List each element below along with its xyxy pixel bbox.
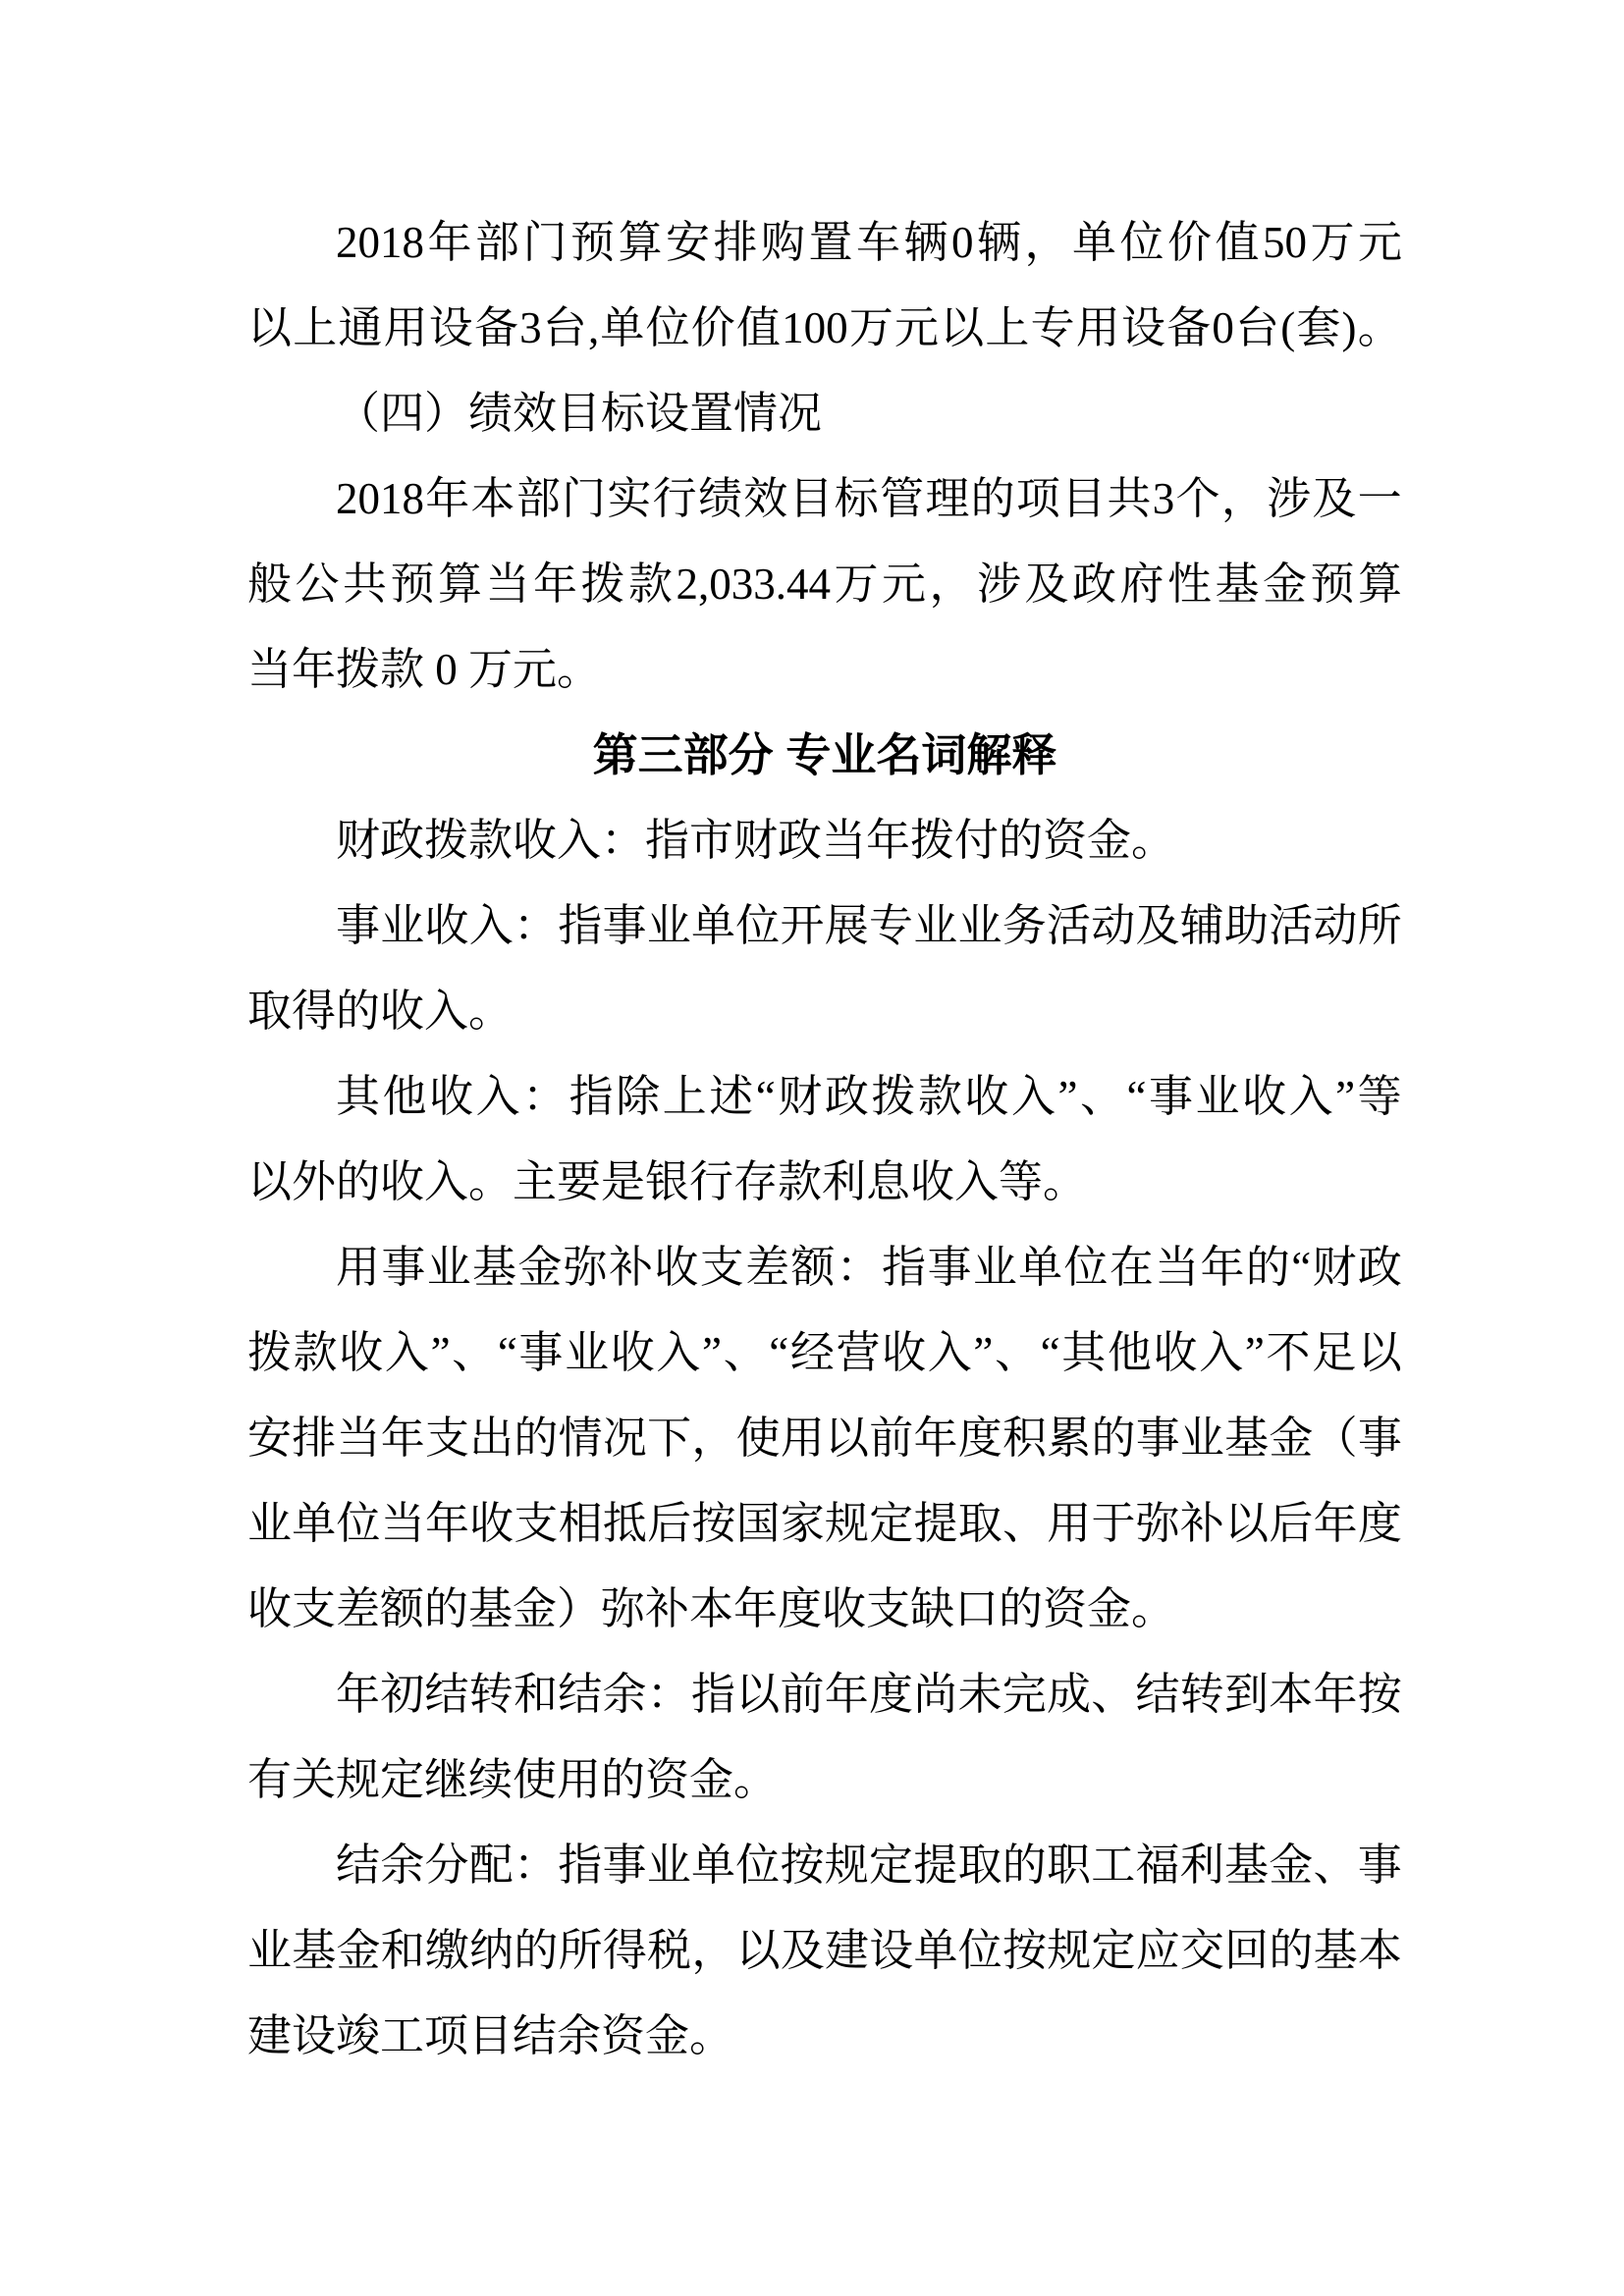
text-token: 他 xyxy=(383,1054,427,1140)
text-token: 动 xyxy=(1091,883,1135,969)
text-token: 算 xyxy=(618,200,662,286)
text-line: 2018年部门预算安排购置车辆0辆，单位价值50万元 xyxy=(247,200,1402,286)
text-token: 况 xyxy=(603,1396,647,1481)
text-token: 专 xyxy=(1031,286,1075,371)
text-token: 的 xyxy=(1002,1823,1047,1908)
text-token: 收 xyxy=(339,1310,383,1396)
text-token: 的 xyxy=(1091,1396,1135,1481)
text-token: 余 xyxy=(380,1823,424,1908)
text-token: “ xyxy=(756,1054,776,1140)
text-token: 当 xyxy=(336,1396,380,1481)
text-token: ( xyxy=(1280,286,1295,371)
text-token: 于 xyxy=(1091,1481,1135,1567)
text-token: 完 xyxy=(1002,1652,1047,1737)
text-token: 收 xyxy=(964,1054,1008,1140)
text-token: 用 xyxy=(781,1396,825,1481)
text-token: 、 xyxy=(995,1310,1039,1396)
text-token: 按 xyxy=(1358,1652,1402,1737)
text-token: 设 xyxy=(869,1908,913,1994)
text-token: 车 xyxy=(856,200,900,286)
text-token: ) xyxy=(1342,286,1357,371)
text-token: 下 xyxy=(647,1396,691,1481)
text-line: 业单位当年收支相抵后按国家规定提取、用于弥补以后年度 xyxy=(247,1481,1402,1567)
text-token: 纳 xyxy=(469,1908,514,1994)
text-token: 转 xyxy=(1180,1652,1224,1737)
text-token: 尚 xyxy=(913,1652,957,1737)
text-token: 活 xyxy=(1269,883,1313,969)
text-token: 当 xyxy=(1155,1225,1199,1310)
text-token: 转 xyxy=(469,1652,514,1737)
text-token: 业 xyxy=(247,1908,292,1994)
text-token: 算 xyxy=(1358,542,1402,627)
text-token: 定 xyxy=(869,1823,913,1908)
text-token: 位 xyxy=(958,1908,1002,1994)
text-token: 入 xyxy=(1289,1054,1333,1140)
text-token: 算 xyxy=(438,542,482,627)
text-token: 个 xyxy=(1176,456,1220,542)
text-token: 辆 xyxy=(977,200,1021,286)
text-token: 金 xyxy=(1263,542,1307,627)
text-token: 单 xyxy=(1018,1225,1062,1310)
text-token: 述 xyxy=(709,1054,753,1140)
section-heading: 第三部分 专业名词解释 xyxy=(247,713,1402,798)
text-token: ： xyxy=(837,1225,881,1310)
text-token: 款 xyxy=(918,1054,962,1140)
text-token: 成 xyxy=(1047,1652,1091,1737)
text-token: 、 xyxy=(1080,1054,1124,1140)
text-token: 税 xyxy=(647,1908,691,1994)
text-token: 前 xyxy=(869,1396,913,1481)
text-token: 配 xyxy=(469,1823,514,1908)
text-token: 事 xyxy=(603,883,647,969)
text-token: ， xyxy=(1221,456,1266,542)
text-token: 动 xyxy=(1314,883,1358,969)
text-token: 备 xyxy=(1166,286,1211,371)
text-token: 业 xyxy=(380,883,424,969)
text-token: 位 xyxy=(646,286,690,371)
text-token: 收 xyxy=(611,1310,655,1396)
text-token: 助 xyxy=(1224,883,1269,969)
text-token: ： xyxy=(514,1823,558,1908)
text-token: 目 xyxy=(1061,456,1106,542)
text-token: 结 xyxy=(558,1652,602,1737)
text-token: 支 xyxy=(425,1396,469,1481)
text-token: 缴 xyxy=(425,1908,469,1994)
document-page: 2018年部门预算安排购置车辆0辆，单位价值50万元以上通用设备3台,单位价值1… xyxy=(0,0,1624,2296)
text-token: 国 xyxy=(736,1481,781,1567)
text-token: 福 xyxy=(1136,1823,1180,1908)
text-token: 元 xyxy=(882,542,926,627)
text-token: 结 xyxy=(336,1823,380,1908)
text-token: 财 xyxy=(778,1054,822,1140)
text-token: 单 xyxy=(914,1908,958,1994)
text-token: 经 xyxy=(790,1310,835,1396)
text-token: 金 xyxy=(336,1908,380,1994)
text-token: 年 xyxy=(425,456,469,542)
text-token: 出 xyxy=(469,1396,514,1481)
text-line: 用事业基金弥补收支差额：指事业单位在当年的“财政 xyxy=(247,1225,1402,1310)
text-token: “ xyxy=(1291,1225,1311,1310)
text-token: 万 xyxy=(849,286,893,371)
text-token: 前 xyxy=(781,1652,825,1737)
text-token: 拨 xyxy=(871,1054,915,1140)
text-token: 取 xyxy=(958,1481,1002,1567)
text-token: 拨 xyxy=(581,542,625,627)
text-token: 金 xyxy=(517,1225,562,1310)
text-token: 位 xyxy=(735,1823,780,1908)
text-token: 指 xyxy=(691,1652,735,1737)
text-token: 值 xyxy=(736,286,781,371)
text-line: 财政拨款收入：指市财政当年拨付的资金。 xyxy=(247,798,1402,883)
text-token: 金 xyxy=(1269,1396,1313,1481)
text-token: 基 xyxy=(1314,1908,1358,1994)
text-token: 利 xyxy=(1180,1823,1224,1908)
text-token: 基 xyxy=(1224,1823,1269,1908)
text-token: 元 xyxy=(1358,200,1402,286)
text-token: 定 xyxy=(1091,1908,1135,1994)
text-token: 排 xyxy=(292,1396,336,1481)
text-token: 2,033.44 xyxy=(677,542,832,627)
text-token: 预 xyxy=(570,200,615,286)
text-line: 收支差额的基金）弥补本年度收支缺口的资金。 xyxy=(247,1567,1402,1652)
text-token: 台 xyxy=(1235,286,1279,371)
text-token: 款 xyxy=(294,1310,338,1396)
text-token: 收 xyxy=(1154,1310,1198,1396)
text-token: 100 xyxy=(782,286,848,371)
text-token: 未 xyxy=(958,1652,1002,1737)
text-token: 置 xyxy=(808,200,852,286)
text-token: “ xyxy=(1041,1310,1060,1396)
text-token: 价 xyxy=(691,286,735,371)
text-token: 预 xyxy=(391,542,435,627)
text-token: 应 xyxy=(1136,1908,1180,1994)
text-line: 取得的收入。 xyxy=(247,969,1402,1054)
text-token: 业 xyxy=(958,883,1002,969)
text-token: 位 xyxy=(1119,200,1164,286)
text-token: 度 xyxy=(1358,1481,1402,1567)
text-token: 基 xyxy=(1224,1396,1269,1481)
text-token: 他 xyxy=(1108,1310,1152,1396)
text-token: 单 xyxy=(691,1823,735,1908)
text-token: 收 xyxy=(1242,1054,1286,1140)
text-token: 度 xyxy=(958,1396,1002,1481)
text-token: 拨 xyxy=(247,1310,292,1396)
text-token: 业 xyxy=(247,1481,292,1567)
text-token: 单 xyxy=(600,286,644,371)
text-token: 50 xyxy=(1263,200,1307,286)
text-token: 共 xyxy=(343,542,387,627)
text-token: ” xyxy=(1245,1310,1265,1396)
text-line: 2018年本部门实行绩效目标管理的项目共3个，涉及一 xyxy=(247,456,1402,542)
text-token: 及 xyxy=(781,1908,825,1994)
text-token: 按 xyxy=(781,1823,825,1908)
text-token: “ xyxy=(769,1310,788,1396)
text-token: 元 xyxy=(894,286,939,371)
text-token: 提 xyxy=(913,1823,957,1908)
text-token: 理 xyxy=(925,456,969,542)
text-token: 位 xyxy=(735,883,780,969)
text-token: 实 xyxy=(607,456,651,542)
text-line: 有关规定继续使用的资金。 xyxy=(247,1737,1402,1823)
text-token: 收 xyxy=(654,1225,698,1310)
text-token: 、 xyxy=(1002,1481,1047,1567)
text-token: 2018 xyxy=(336,200,424,286)
text-token: 安 xyxy=(666,200,710,286)
text-token: （ xyxy=(1314,1396,1358,1481)
text-token: 业 xyxy=(647,1823,691,1908)
text-token: 门 xyxy=(522,200,567,286)
text-token: ” xyxy=(702,1310,722,1396)
text-token: , xyxy=(588,286,599,371)
text-token: 入 xyxy=(1011,1054,1056,1140)
text-token: 业 xyxy=(973,1225,1017,1310)
text-line: 结余分配：指事业单位按规定提取的职工福利基金、事 xyxy=(247,1823,1402,1908)
text-token: 一 xyxy=(1358,456,1402,542)
text-token: 结 xyxy=(425,1652,469,1737)
text-token: 金 xyxy=(1269,1823,1313,1908)
text-token: 排 xyxy=(713,200,757,286)
text-token: 政 xyxy=(1072,542,1116,627)
text-token: 当 xyxy=(381,1481,425,1567)
text-line: 其他收入：指除上述“财政拨款收入”、“事业收入”等 xyxy=(247,1054,1402,1140)
text-token: 政 xyxy=(1358,1225,1402,1310)
text-token: 等 xyxy=(1358,1054,1402,1140)
text-token: ， xyxy=(929,542,973,627)
text-line: 般公共预算当年拨款2,033.44万元，涉及政府性基金预算 xyxy=(247,542,1402,627)
text-token: ， xyxy=(691,1908,735,1994)
text-line: 以外的收入。主要是银行存款利息收入等。 xyxy=(247,1140,1402,1225)
text-token: 分 xyxy=(425,1823,469,1908)
text-token: 公 xyxy=(296,542,340,627)
text-token: 务 xyxy=(1002,883,1047,969)
text-token: 府 xyxy=(1119,542,1164,627)
text-token: ， xyxy=(691,1396,735,1481)
text-token: 指 xyxy=(882,1225,926,1310)
text-token: 入 xyxy=(385,1310,429,1396)
text-token: ” xyxy=(973,1310,993,1396)
text-token: 所 xyxy=(1358,883,1402,969)
text-token: 套 xyxy=(1296,286,1340,371)
text-token: 及 xyxy=(1024,542,1068,627)
text-token: ： xyxy=(514,883,558,969)
text-token: 设 xyxy=(1121,286,1165,371)
text-line: 以上通用设备3台,单位价值100万元以上专用设备0台(套)。 xyxy=(247,286,1402,371)
text-token: 本 xyxy=(1358,1908,1402,1994)
text-token: 所 xyxy=(559,1908,603,1994)
text-token: 事 xyxy=(1149,1054,1193,1140)
text-token: ” xyxy=(431,1310,451,1396)
text-token: 年 xyxy=(427,200,471,286)
text-token: 单 xyxy=(292,1481,336,1567)
text-token: 提 xyxy=(914,1481,958,1567)
text-token: 业 xyxy=(1196,1054,1240,1140)
text-token: 年 xyxy=(533,542,577,627)
text-token: 积 xyxy=(1002,1396,1047,1481)
text-token: 、 xyxy=(1314,1823,1358,1908)
text-line: 建设竣工项目结余资金。 xyxy=(247,1994,1402,2079)
text-token: 3 xyxy=(1153,456,1175,542)
text-token: 后 xyxy=(647,1481,691,1567)
text-token: 事 xyxy=(518,1310,563,1396)
text-token: 入 xyxy=(469,883,514,969)
text-token: 年 xyxy=(381,1396,425,1481)
text-token: 般 xyxy=(247,542,292,627)
text-token: 的 xyxy=(514,1908,558,1994)
text-token: 万 xyxy=(1310,200,1354,286)
text-token: 事 xyxy=(1358,1823,1402,1908)
text-token: 万 xyxy=(834,542,878,627)
text-token: 性 xyxy=(1167,542,1212,627)
text-token: 定 xyxy=(869,1481,913,1567)
text-token: 上 xyxy=(293,286,337,371)
text-token: 项 xyxy=(1016,456,1060,542)
text-token: 工 xyxy=(1091,1823,1135,1908)
text-token: 单 xyxy=(1072,200,1116,286)
text-token: 价 xyxy=(1167,200,1212,286)
text-token: 用 xyxy=(1047,1481,1091,1567)
text-token: 年 xyxy=(825,1652,869,1737)
text-token: 指 xyxy=(558,1823,602,1908)
text-token: 展 xyxy=(825,883,869,969)
text-token: 辅 xyxy=(1180,883,1224,969)
text-token: 以 xyxy=(736,1908,781,1994)
text-token: 涉 xyxy=(1267,456,1311,542)
text-token: 安 xyxy=(247,1396,292,1481)
text-token: 效 xyxy=(743,456,787,542)
text-token: 设 xyxy=(429,286,473,371)
text-token: 情 xyxy=(559,1396,603,1481)
text-token: 本 xyxy=(1269,1652,1313,1737)
text-token: 事 xyxy=(603,1823,647,1908)
text-token: ： xyxy=(647,1652,691,1737)
text-token: 事 xyxy=(927,1225,971,1310)
text-token: 基 xyxy=(292,1908,336,1994)
text-token: 的 xyxy=(1269,1908,1313,1994)
text-token: 年 xyxy=(1201,1225,1245,1310)
text-token: 及 xyxy=(1312,456,1356,542)
text-token: 事 xyxy=(336,883,380,969)
text-token: 管 xyxy=(880,456,924,542)
text-token: 入 xyxy=(476,1054,520,1140)
text-token: 单 xyxy=(691,883,735,969)
text-token: 以 xyxy=(1224,1481,1269,1567)
text-token: 按 xyxy=(1002,1908,1047,1994)
text-token: 以 xyxy=(940,286,984,371)
text-token: ” xyxy=(1057,1054,1077,1140)
text-token: 标 xyxy=(835,456,879,542)
text-token: 收 xyxy=(469,1481,514,1567)
text-token: 通 xyxy=(338,286,382,371)
text-token: 本 xyxy=(471,456,515,542)
text-token: 入 xyxy=(656,1310,700,1396)
text-token: 购 xyxy=(761,200,805,286)
text-token: 。 xyxy=(1358,286,1402,371)
text-token: 0 xyxy=(951,200,974,286)
text-token: 、 xyxy=(452,1310,496,1396)
text-token: 基 xyxy=(1215,542,1259,627)
text-token: 指 xyxy=(569,1054,614,1140)
text-token: 用 xyxy=(336,1225,380,1310)
text-token: 2018 xyxy=(336,456,424,542)
text-token: 规 xyxy=(825,1823,869,1908)
text-token: 业 xyxy=(427,1225,471,1310)
text-token: “ xyxy=(498,1310,517,1396)
document-body: 2018年部门预算安排购置车辆0辆，单位价值50万元以上通用设备3台,单位价值1… xyxy=(247,200,1402,2079)
text-token: 、 xyxy=(1091,1652,1135,1737)
text-token: 共 xyxy=(1107,456,1151,542)
text-token: 涉 xyxy=(977,542,1021,627)
text-token: 0 xyxy=(1212,286,1234,371)
text-token: 以 xyxy=(247,286,292,371)
text-token: 备 xyxy=(474,286,518,371)
text-token: 预 xyxy=(1310,542,1354,627)
text-token: 入 xyxy=(1199,1310,1243,1396)
text-token: 回 xyxy=(1224,1908,1269,1994)
text-token: 业 xyxy=(565,1310,609,1396)
text-token: 、 xyxy=(724,1310,768,1396)
text-token: 按 xyxy=(691,1481,735,1567)
text-token: 到 xyxy=(1224,1652,1269,1737)
text-token: ” xyxy=(1335,1054,1355,1140)
text-token: 和 xyxy=(514,1652,558,1737)
text-token: 职 xyxy=(1047,1823,1091,1908)
text-line: 事业收入：指事业单位开展专业业务活动及辅助活动所 xyxy=(247,883,1402,969)
text-token: 绩 xyxy=(698,456,742,542)
text-token: 入 xyxy=(928,1310,972,1396)
text-token: 初 xyxy=(380,1652,424,1737)
text-token: 后 xyxy=(1269,1481,1313,1567)
text-token: 余 xyxy=(603,1652,647,1737)
text-token: 规 xyxy=(1047,1908,1091,1994)
text-token: 建 xyxy=(825,1908,869,1994)
text-token: 交 xyxy=(1180,1908,1224,1994)
text-token: 营 xyxy=(836,1310,880,1396)
text-token: 其 xyxy=(336,1054,380,1140)
text-token: 上 xyxy=(663,1054,707,1140)
text-token: 基 xyxy=(472,1225,516,1310)
text-token: 额 xyxy=(790,1225,835,1310)
text-token: 用 xyxy=(384,286,428,371)
text-token: 累 xyxy=(1047,1396,1091,1481)
text-token: 以 xyxy=(825,1396,869,1481)
text-token: 辆 xyxy=(903,200,947,286)
text-token: 上 xyxy=(985,286,1029,371)
text-token: 年 xyxy=(1314,1652,1358,1737)
text-token: 年 xyxy=(425,1481,469,1567)
text-token: 位 xyxy=(1064,1225,1109,1310)
text-token: 年 xyxy=(336,1652,380,1737)
text-token: 补 xyxy=(1180,1481,1224,1567)
text-token: 其 xyxy=(1061,1310,1106,1396)
text-token: 规 xyxy=(825,1481,869,1567)
text-token: 年 xyxy=(914,1396,958,1481)
text-token: 弥 xyxy=(1136,1481,1180,1567)
text-token: 除 xyxy=(616,1054,660,1140)
text-token: 专 xyxy=(869,883,913,969)
text-token: 差 xyxy=(745,1225,789,1310)
text-token: 开 xyxy=(781,883,825,969)
text-token: 台 xyxy=(543,286,587,371)
text-token: 行 xyxy=(653,456,697,542)
text-token: 的 xyxy=(971,456,1015,542)
text-token: 度 xyxy=(869,1652,913,1737)
text-token: 活 xyxy=(1047,883,1091,969)
text-token: 的 xyxy=(1246,1225,1290,1310)
text-token: 取 xyxy=(958,1823,1002,1908)
text-token: “ xyxy=(1127,1054,1147,1140)
text-token: 指 xyxy=(558,883,602,969)
text-token: 年 xyxy=(1314,1481,1358,1567)
